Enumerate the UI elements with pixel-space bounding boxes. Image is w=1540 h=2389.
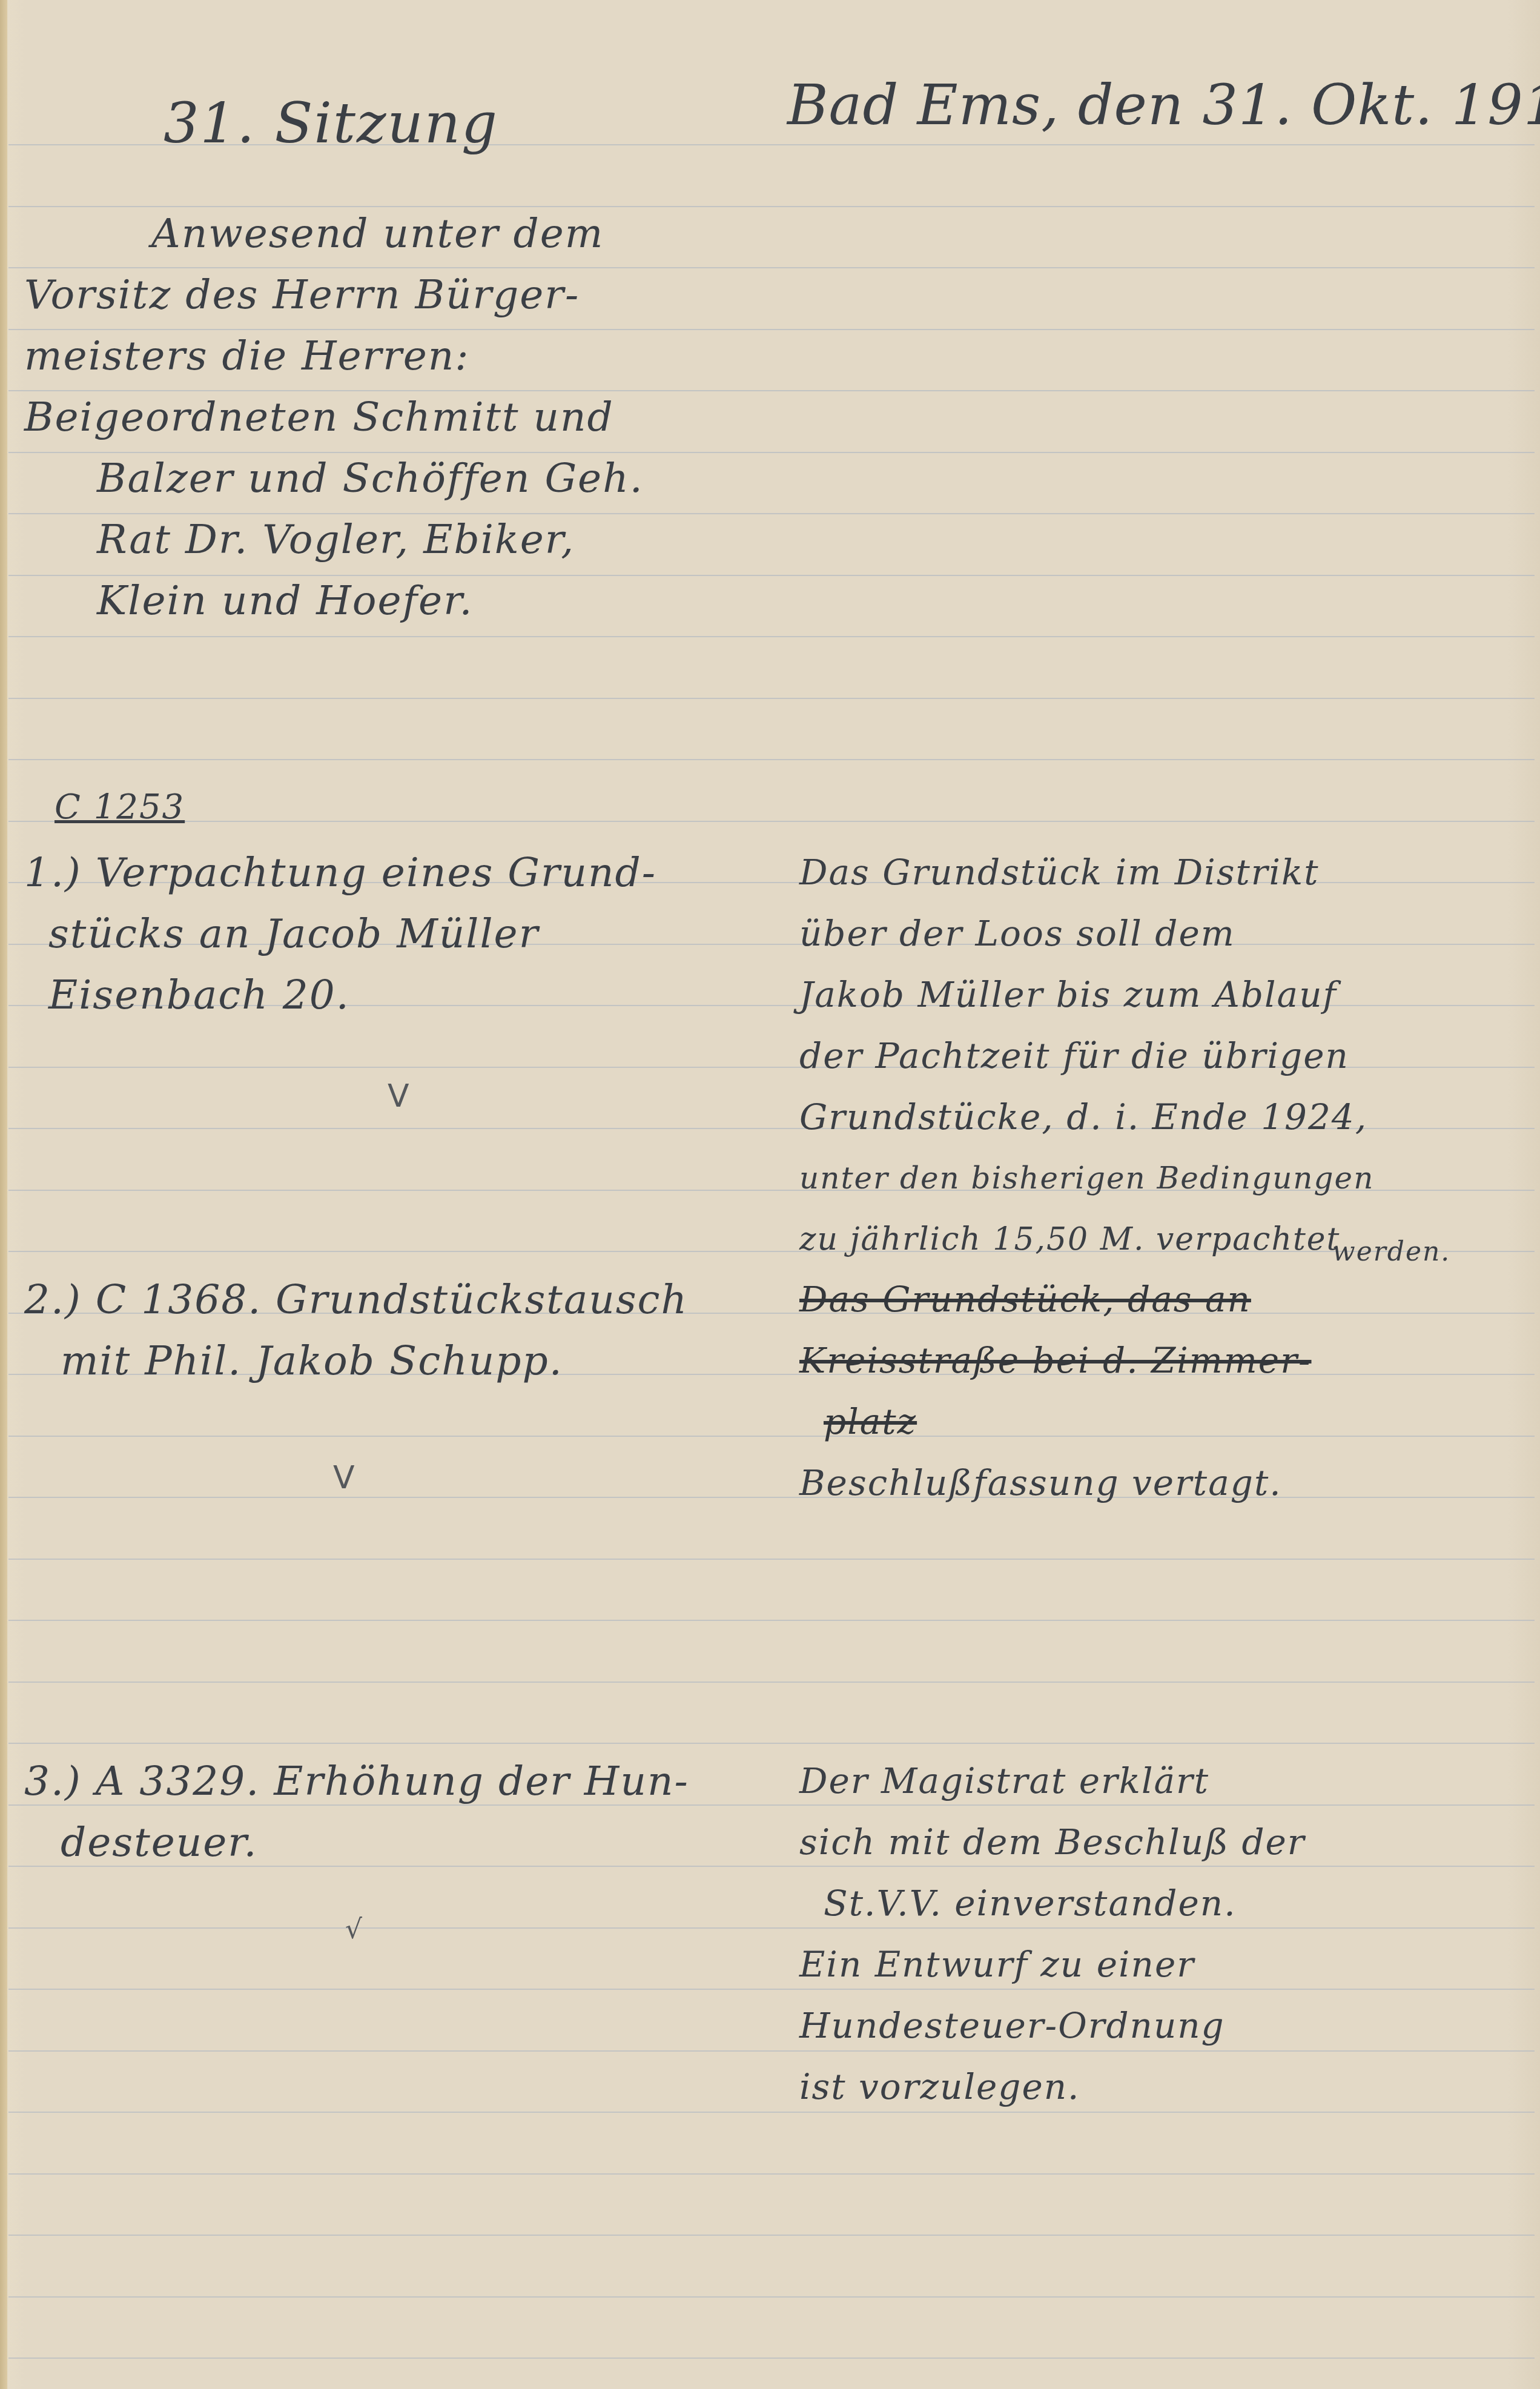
- ruled-line: [8, 1743, 1535, 1744]
- ruled-line: [8, 2235, 1535, 2236]
- struck-line: Kreisstraße bei d. Zimmer-: [799, 1330, 1312, 1391]
- resolution-line: der Pachtzeit für die übrigen: [799, 1026, 1450, 1087]
- check-mark-icon: V: [333, 1460, 355, 1496]
- item-2-title: 2.) C 1368. Grundstückstausch mit Phil. …: [24, 1269, 688, 1391]
- attendance-line: meisters die Herren:: [24, 325, 644, 386]
- ruled-line: [8, 698, 1535, 699]
- ruled-line: [8, 2358, 1535, 2359]
- item-title-line: stücks an Jacob Müller: [24, 903, 656, 964]
- item-1-resolution: Das Grundstück im Distrikt über der Loos…: [799, 842, 1450, 1264]
- item-title-line: 1.) Verpachtung eines Grund-: [24, 842, 656, 903]
- attendance-line: Klein und Hoefer.: [24, 570, 644, 631]
- item-title-line: mit Phil. Jakob Schupp.: [24, 1330, 688, 1391]
- check-mark-icon: V: [388, 1078, 409, 1115]
- attendance-paragraph: Anwesend unter dem Vorsitz des Herrn Bür…: [24, 203, 644, 631]
- place-date: Bad Ems, den 31. Okt. 1916.: [787, 73, 1540, 138]
- ruled-line: [8, 1989, 1535, 1990]
- ruled-line: [8, 821, 1535, 822]
- check-mark-icon: √: [345, 1914, 362, 1945]
- attendance-line: Vorsitz des Herrn Bürger-: [24, 264, 644, 325]
- resolution-line: Beschlußfassung vertagt.: [799, 1453, 1312, 1514]
- attendance-line: Rat Dr. Vogler, Ebiker,: [24, 509, 644, 570]
- resolution-line: Der Magistrat erklärt: [799, 1751, 1306, 1812]
- ruled-line: [8, 1682, 1535, 1683]
- ledger-page: 31. Sitzung Bad Ems, den 31. Okt. 1916. …: [0, 0, 1540, 2389]
- resolution-line: St.V.V. einverstanden.: [799, 1873, 1306, 1934]
- struck-line: platz: [799, 1391, 1312, 1453]
- binding-edge: [0, 0, 7, 2389]
- ruled-line: [8, 1927, 1535, 1929]
- ruled-line: [8, 1620, 1535, 1621]
- item-3-title: 3.) A 3329. Erhöhung der Hun- desteuer.: [24, 1751, 689, 1873]
- resolution-line: ist vorzulegen.: [799, 2056, 1306, 2118]
- resolution-line: Hundesteuer-Ordnung: [799, 1995, 1306, 2056]
- ruled-line: [8, 2296, 1535, 2298]
- struck-line: Das Grundstück, das an: [799, 1269, 1312, 1330]
- ruled-line: [8, 2112, 1535, 2113]
- item-title-line: 2.) C 1368. Grundstückstausch: [24, 1269, 688, 1330]
- resolution-line: Ein Entwurf zu einer: [799, 1934, 1306, 1995]
- item-title-line: 3.) A 3329. Erhöhung der Hun-: [24, 1751, 689, 1812]
- ruled-line: [8, 2050, 1535, 2052]
- ruled-line: [8, 1559, 1535, 1560]
- ruled-line: [8, 759, 1535, 760]
- item-title-line: desteuer.: [24, 1812, 689, 1873]
- item-title-line: Eisenbach 20.: [24, 964, 656, 1026]
- item-1-title: 1.) Verpachtung eines Grund- stücks an J…: [24, 842, 656, 1026]
- ruled-line: [8, 2173, 1535, 2175]
- resolution-line: Grundstücke, d. i. Ende 1924,: [799, 1087, 1450, 1148]
- ruled-line: [8, 636, 1535, 637]
- resolution-line: über der Loos soll dem: [799, 903, 1450, 964]
- resolution-line: Jakob Müller bis zum Ablauf: [799, 964, 1450, 1026]
- attendance-line: Balzer und Schöffen Geh.: [24, 448, 644, 509]
- item-1-reference: C 1253: [55, 787, 185, 827]
- attendance-line: Beigeordneten Schmitt und: [24, 386, 644, 448]
- resolution-line: sich mit dem Beschluß der: [799, 1812, 1306, 1873]
- session-number: 31. Sitzung: [164, 91, 498, 156]
- resolution-line: Das Grundstück im Distrikt: [799, 842, 1450, 903]
- attendance-line: Anwesend unter dem: [24, 203, 644, 264]
- item-2-resolution: Das Grundstück, das an Kreisstraße bei d…: [799, 1269, 1312, 1514]
- resolution-line: unter den bisherigen Bedingungen: [799, 1148, 1450, 1209]
- item-3-resolution: Der Magistrat erklärt sich mit dem Besch…: [799, 1751, 1306, 2118]
